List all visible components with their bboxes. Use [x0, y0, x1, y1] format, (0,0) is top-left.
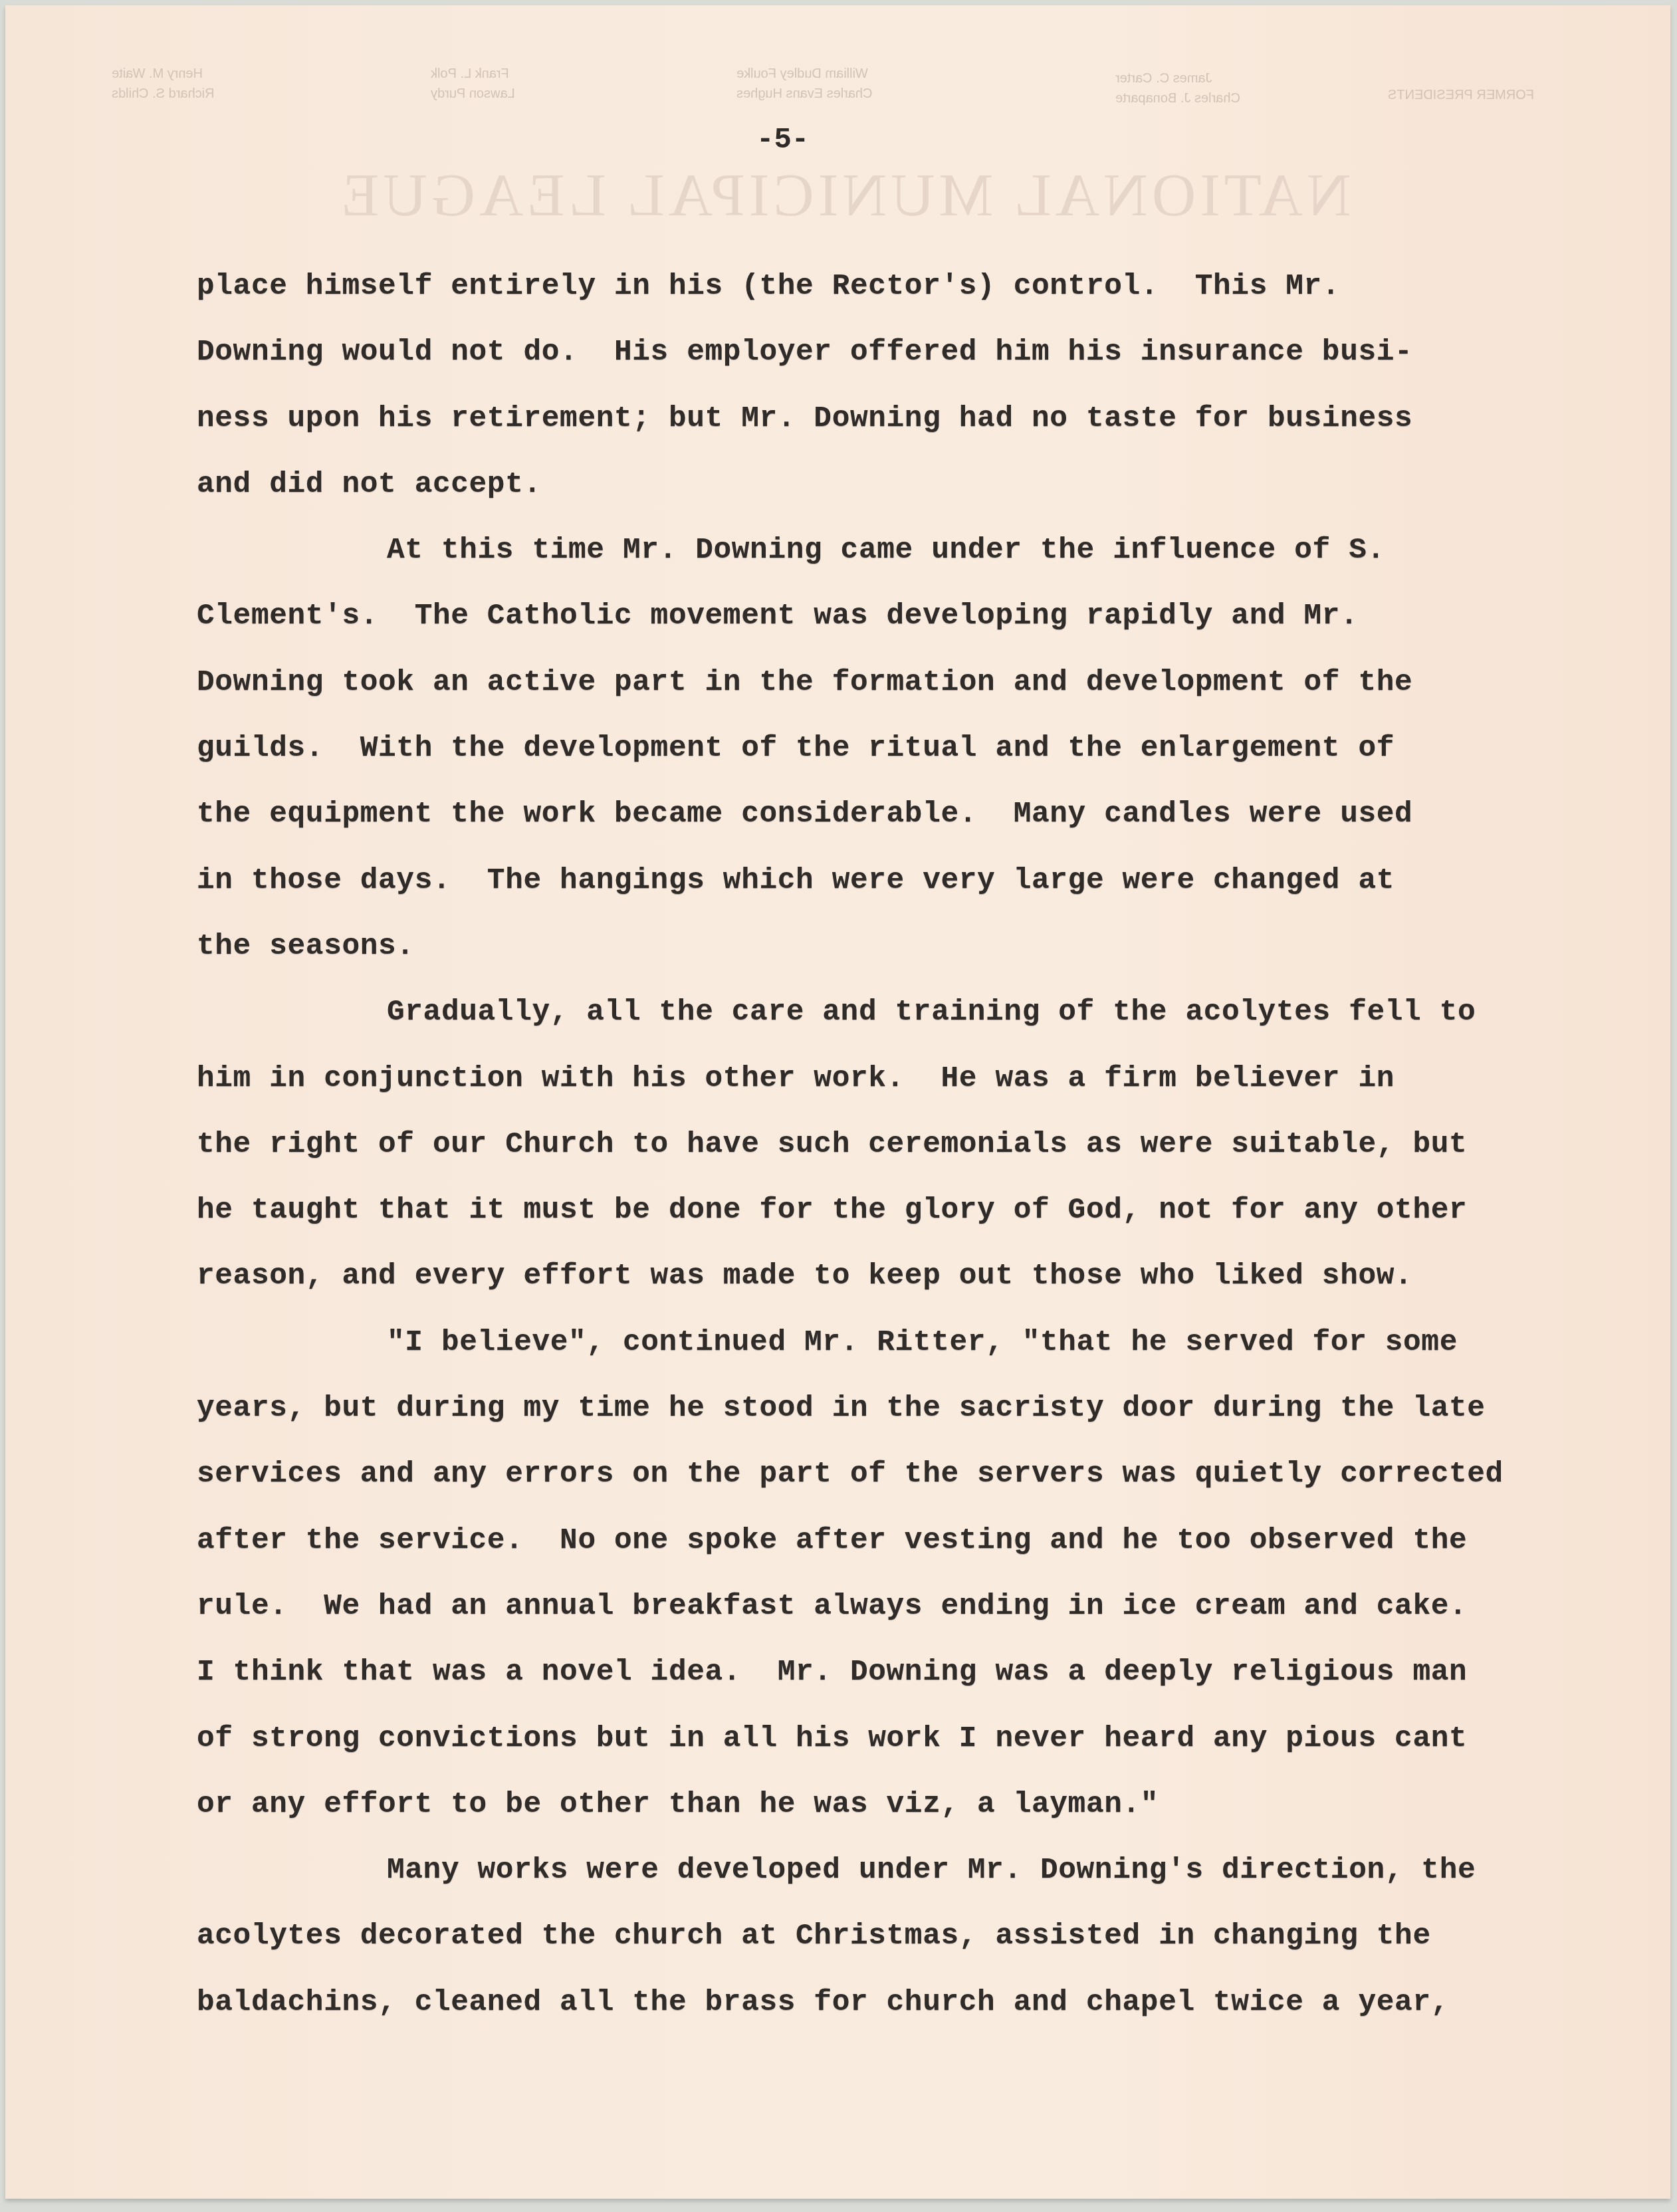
text-line: Clement's. The Catholic movement was dev…	[197, 584, 1646, 649]
text-line: baldachins, cleaned all the brass for ch…	[197, 1970, 1646, 2036]
text-line: he taught that it must be done for the g…	[197, 1178, 1646, 1244]
bleed-name-col-2: William Dudley Foulke Charles Evans Hugh…	[736, 64, 873, 104]
text-line: the seasons.	[197, 914, 1646, 980]
document-body: place himself entirely in his (the Recto…	[197, 254, 1646, 2036]
text-line: reason, and every effort was made to kee…	[197, 1244, 1646, 1309]
text-line: the equipment the work became considerab…	[197, 782, 1646, 847]
text-line: years, but during my time he stood in th…	[197, 1376, 1646, 1442]
paragraph-first-line: Many works were developed under Mr. Down…	[197, 1838, 1646, 1904]
paper-sheet: FORMER PRESIDENTS James C. Carter Charle…	[5, 5, 1670, 2199]
paragraph-first-line: "I believe", continued Mr. Ritter, "that…	[197, 1310, 1646, 1376]
text-line: after the service. No one spoke after ve…	[197, 1508, 1646, 1574]
text-line: Downing took an active part in the forma…	[197, 650, 1646, 716]
text-line: the right of our Church to have such cer…	[197, 1112, 1646, 1178]
text-line: him in conjunction with his other work. …	[197, 1046, 1646, 1112]
text-line: rule. We had an annual breakfast always …	[197, 1574, 1646, 1640]
bleed-name-col-1: James C. Carter Charles J. Bonaparte	[1115, 68, 1240, 108]
text-line: guilds. With the development of the ritu…	[197, 716, 1646, 782]
text-line: place himself entirely in his (the Recto…	[197, 254, 1646, 320]
text-line: Downing would not do. His employer offer…	[197, 320, 1646, 386]
text-line: services and any errors on the part of t…	[197, 1442, 1646, 1507]
bleed-former-presidents: FORMER PRESIDENTS	[1388, 85, 1534, 105]
page-number: -5-	[756, 124, 809, 157]
bleed-letterhead-title: NATIONAL MUNICIPAL LEAGUE	[338, 160, 1351, 230]
bleed-name-col-3: Frank L. Polk Lawson Purdy	[431, 64, 515, 104]
paragraph-first-line: Gradually, all the care and training of …	[197, 980, 1646, 1046]
text-line: and did not accept.	[197, 452, 1646, 518]
paragraph-first-line: At this time Mr. Downing came under the …	[197, 518, 1646, 584]
text-line: or any effort to be other than he was vi…	[197, 1772, 1646, 1838]
bleed-name-col-4: Henry M. Waite Richard S. Childs	[112, 64, 215, 104]
text-line: ness upon his retirement; but Mr. Downin…	[197, 386, 1646, 452]
text-line: of strong convictions but in all his wor…	[197, 1706, 1646, 1772]
text-line: in those days. The hangings which were v…	[197, 848, 1646, 914]
text-line: I think that was a novel idea. Mr. Downi…	[197, 1640, 1646, 1706]
text-line: acolytes decorated the church at Christm…	[197, 1904, 1646, 1969]
